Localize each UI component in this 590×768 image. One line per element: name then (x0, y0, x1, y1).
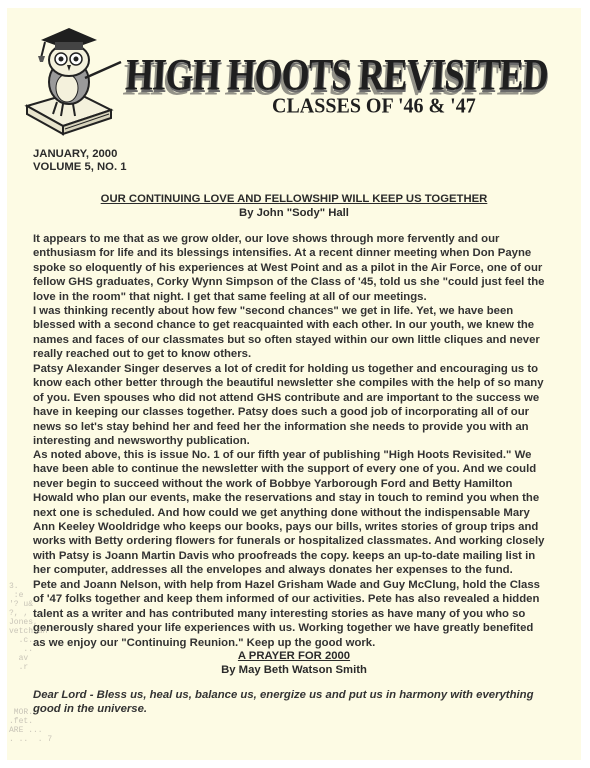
article-paragraph: I was thinking recently about how few "s… (33, 304, 545, 362)
prayer-text: Dear Lord - Bless us, heal us, balance u… (33, 688, 545, 717)
article-byline: By John "Sody" Hall (7, 207, 581, 219)
article-paragraph: Pete and Joann Nelson, with help from Ha… (33, 578, 545, 650)
article-title: OUR CONTINUING LOVE AND FELLOWSHIP WILL … (7, 193, 581, 205)
masthead: HIGH HOOTS REVISITED CLASSES OF '46 & '4… (7, 8, 581, 143)
prayer-byline: By May Beth Watson Smith (7, 664, 581, 676)
prayer-title: A PRAYER FOR 2000 (7, 650, 581, 662)
owl-graduate-on-book-icon (15, 22, 125, 140)
issue-date: JANUARY, 2000 (33, 148, 127, 161)
issue-volume: VOLUME 5, NO. 1 (33, 161, 127, 174)
article-paragraph: Patsy Alexander Singer deserves a lot of… (33, 362, 545, 448)
article-paragraph: It appears to me that as we grow older, … (33, 232, 545, 304)
newsletter-subtitle: CLASSES OF '46 & '47 (272, 94, 476, 118)
newsletter-page: HIGH HOOTS REVISITED CLASSES OF '46 & '4… (7, 8, 581, 760)
newsletter-title: HIGH HOOTS REVISITED (124, 48, 549, 101)
article-paragraph: As noted above, this is issue No. 1 of o… (33, 448, 545, 578)
bleed-through-marks: MOR. .fet. ARE ... . .. . 7 (9, 708, 52, 744)
bleed-through-marks: 3. :e '? u& ?, , Jones, vetch an .c. .. … (9, 582, 47, 672)
issue-info: JANUARY, 2000 VOLUME 5, NO. 1 (33, 148, 127, 174)
